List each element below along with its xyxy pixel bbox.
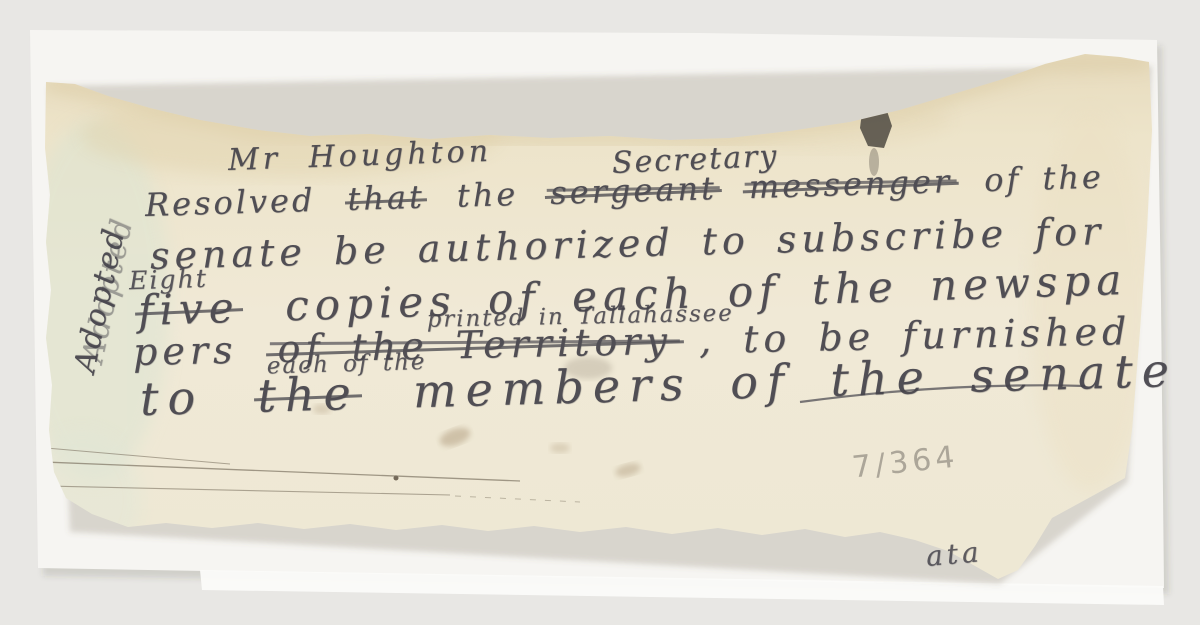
word: Resolved [144, 181, 316, 224]
word: to [139, 370, 205, 426]
insertion-above: printed in Tallahassee [426, 301, 734, 333]
insertion-above: each of the [266, 349, 426, 379]
struck-word: that [347, 178, 425, 218]
bottom-ink-fragment: ata [925, 535, 984, 573]
struck-word: sergeant [550, 169, 718, 212]
word: the [456, 175, 519, 215]
word: of the [984, 158, 1105, 200]
struck-word: messenger [748, 162, 952, 206]
word: pers [133, 328, 238, 374]
struck-word: the each of the [257, 366, 361, 423]
scanned-document-page: Mr Houghton Secretary Resolved that the … [0, 0, 1200, 625]
insertion-above: Eight [128, 264, 208, 295]
